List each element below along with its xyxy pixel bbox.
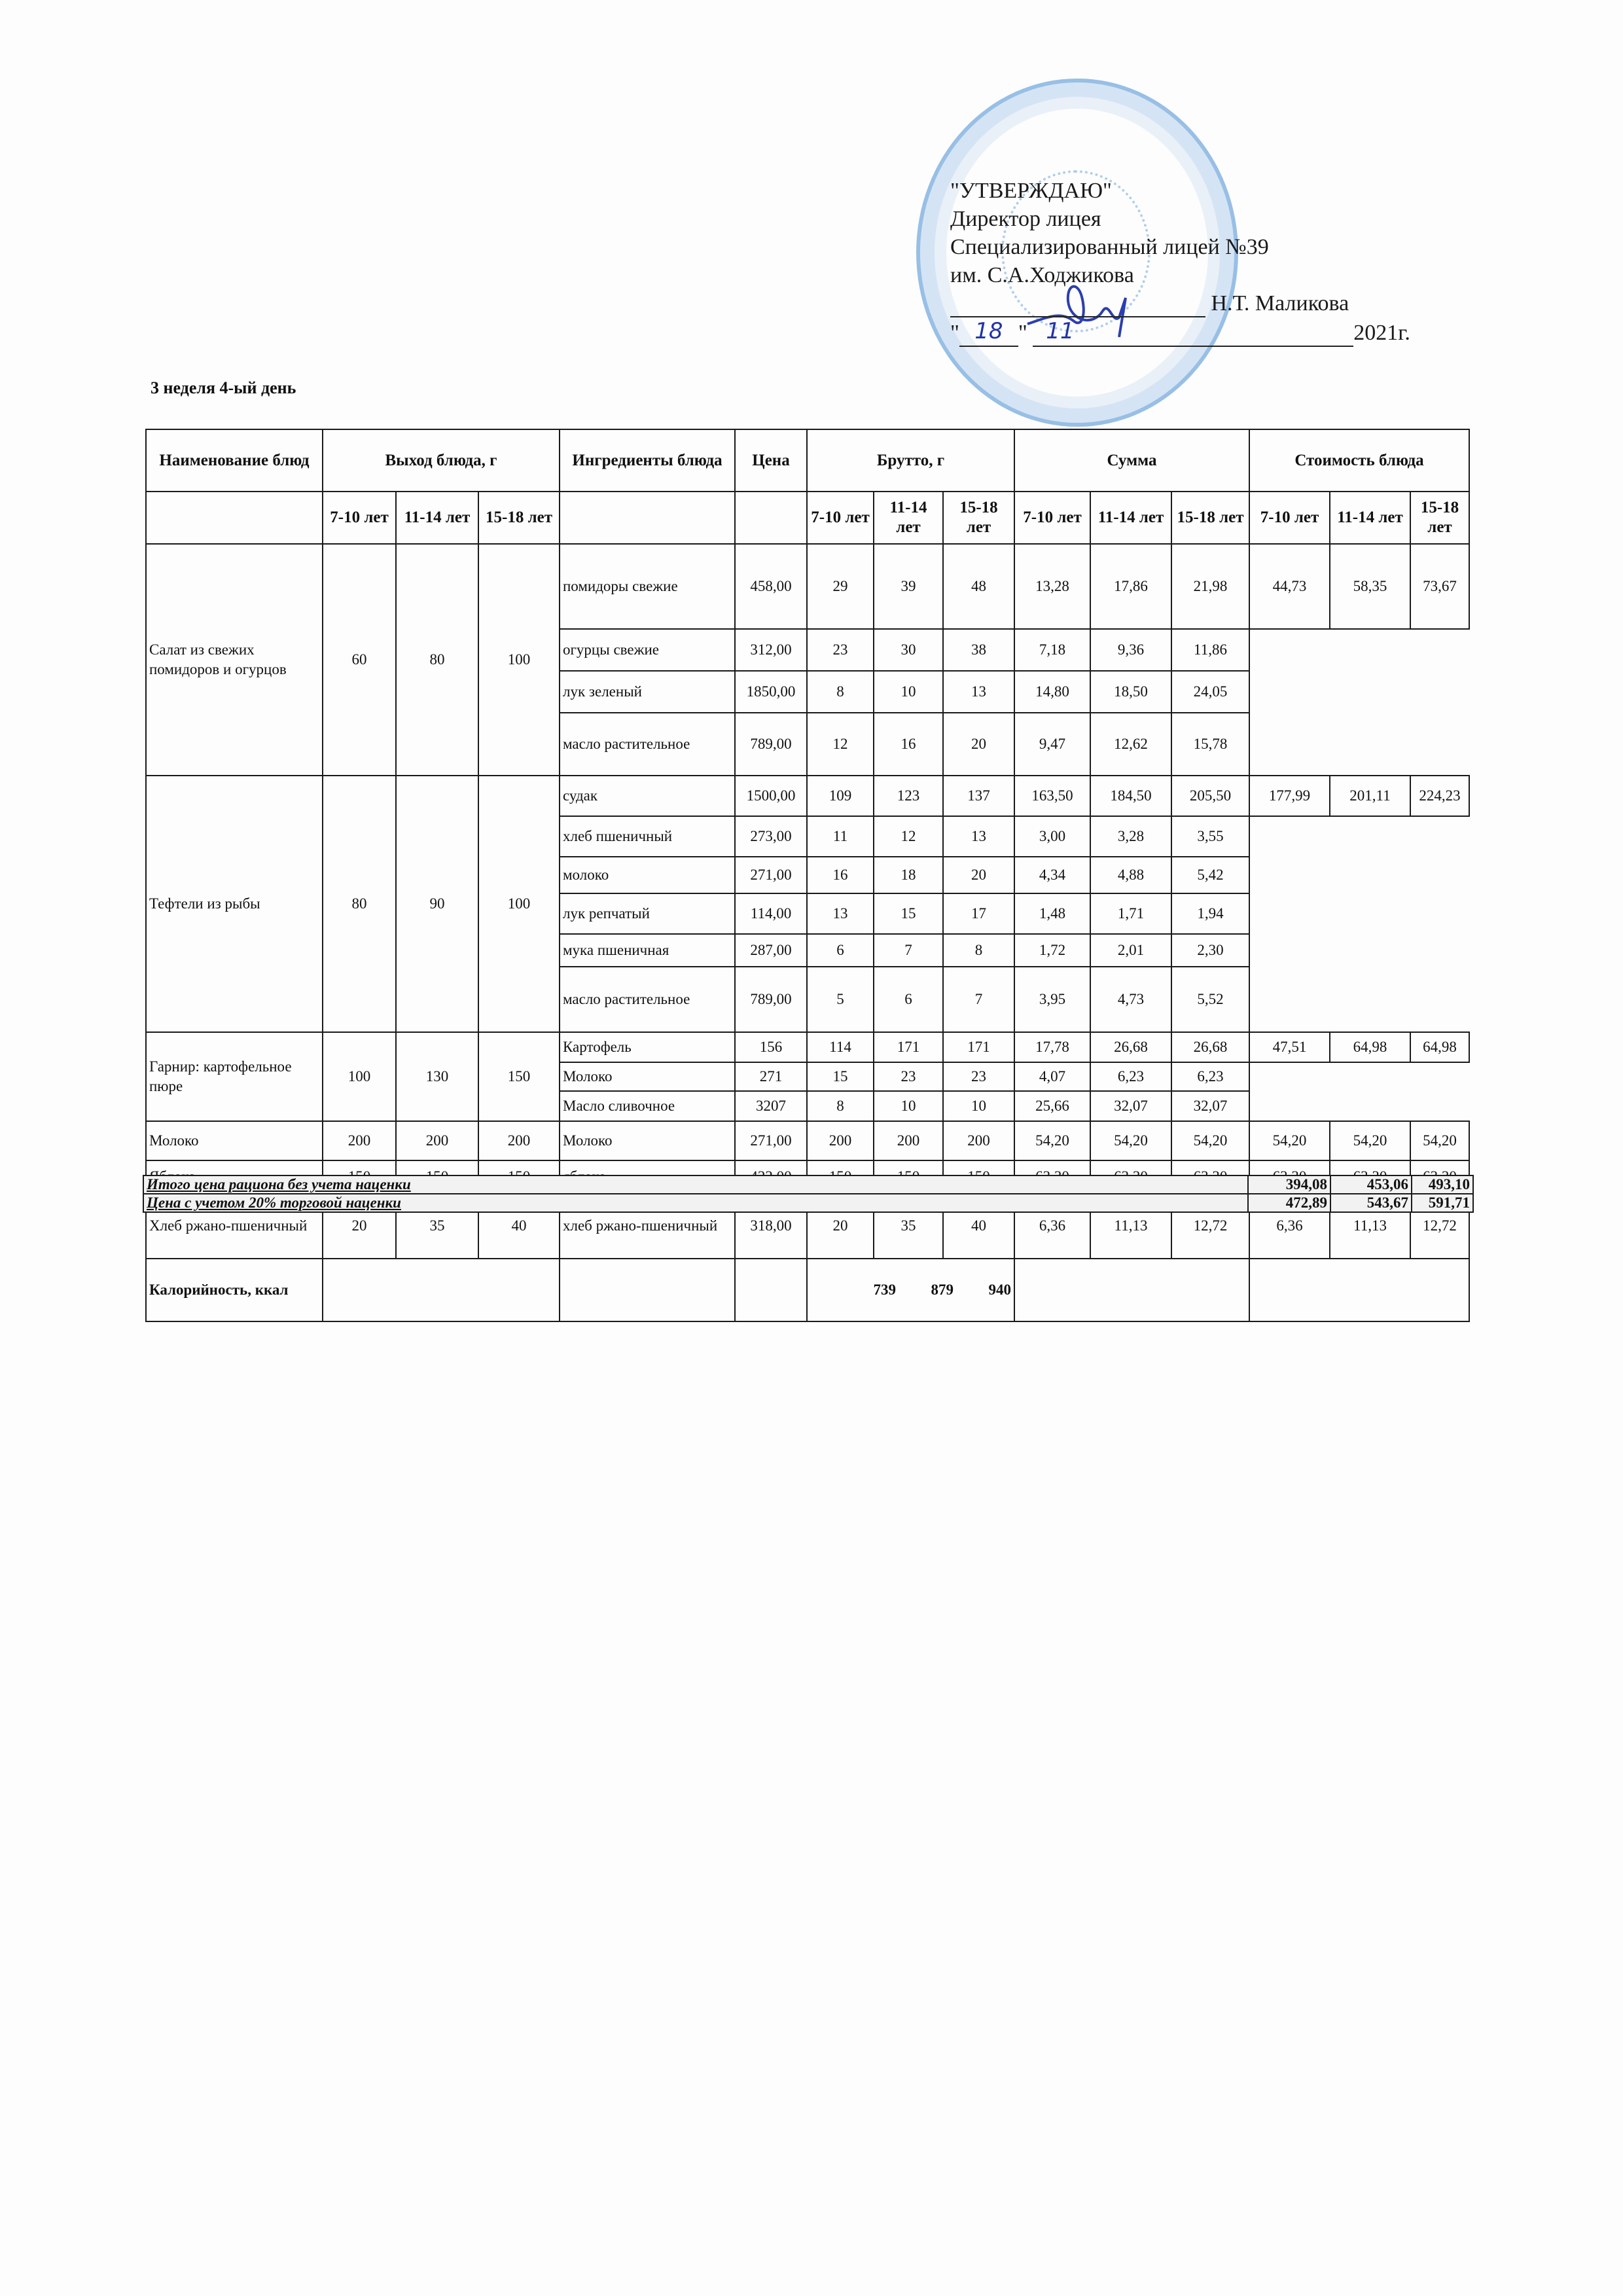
dish-cost-7-10: 47,51 (1249, 1032, 1330, 1062)
table-row: Тефтели из рыбы8090100судак1500,00109123… (146, 776, 1469, 816)
dish-name: Гарнир: картофельное пюре (146, 1032, 323, 1121)
ingredient-price: 114,00 (735, 893, 807, 934)
approval-named: им. С.А.Ходжикова (950, 261, 1410, 289)
brutto-11-14: 171 (874, 1032, 943, 1062)
dish-cost-7-10: 44,73 (1249, 544, 1330, 629)
brutto-7-10: 200 (807, 1121, 874, 1160)
sum-15-18: 3,55 (1171, 816, 1249, 857)
sum-7-10: 7,18 (1014, 629, 1090, 671)
dish-cost-15-18: 54,20 (1410, 1121, 1469, 1160)
dish-yield-11-14: 200 (396, 1121, 478, 1160)
sum-7-10: 13,28 (1014, 544, 1090, 629)
dish-yield-15-18: 100 (478, 544, 560, 776)
sum-age-7-10: 7-10 лет (1014, 492, 1090, 544)
brutto-age-7-10: 7-10 лет (807, 492, 874, 544)
sum-15-18: 24,05 (1171, 671, 1249, 713)
header-sum: Сумма (1014, 429, 1249, 492)
approval-signatory: Н.Т. Маликова (1211, 291, 1349, 315)
total-15-18: 493,10 (1412, 1175, 1473, 1194)
brutto-age-11-14: 11-14 лет (874, 492, 943, 544)
sum-7-10: 1,48 (1014, 893, 1090, 934)
sum-15-18: 26,68 (1171, 1032, 1249, 1062)
dish-yield-11-14: 80 (396, 544, 478, 776)
brutto-15-18: 23 (943, 1062, 1014, 1091)
ingredient-name: масло растительное (560, 713, 735, 776)
dish-yield-7-10: 100 (323, 1032, 396, 1121)
yield-age-15-18: 15-18 лет (478, 492, 560, 544)
sum-15-18: 5,42 (1171, 857, 1249, 893)
dish-cost-11-14: 201,11 (1330, 776, 1410, 816)
approval-org: Специализированный лицей №39 (950, 233, 1410, 261)
total-markup-label: Цена с учетом 20% торговой наценки (143, 1194, 1248, 1212)
ingredient-name: лук зеленый (560, 671, 735, 713)
totals-table: Итого цена рациона без учета наценки 394… (143, 1175, 1474, 1213)
approval-signatory-line: Н.Т. Маликова (950, 289, 1410, 317)
ingredient-price: 458,00 (735, 544, 807, 629)
dish-cost-7-10: 177,99 (1249, 776, 1330, 816)
signature-line (950, 296, 1205, 317)
sum-11-14: 12,62 (1090, 713, 1171, 776)
header-dish: Наименование блюд (146, 429, 323, 492)
brutto-7-10: 15 (807, 1062, 874, 1091)
brutto-7-10: 13 (807, 893, 874, 934)
brutto-7-10: 5 (807, 967, 874, 1032)
brutto-11-14: 7 (874, 934, 943, 967)
sum-7-10: 17,78 (1014, 1032, 1090, 1062)
table-row: Салат из свежих помидоров и огурцов60801… (146, 544, 1469, 629)
total-row: Итого цена рациона без учета наценки 394… (143, 1175, 1473, 1194)
sum-11-14: 26,68 (1090, 1032, 1171, 1062)
ingredient-name: огурцы свежие (560, 629, 735, 671)
brutto-15-18: 10 (943, 1091, 1014, 1121)
brutto-11-14: 123 (874, 776, 943, 816)
day-title: 3 неделя 4-ый день (151, 378, 296, 398)
sum-15-18: 32,07 (1171, 1091, 1249, 1121)
calories-empty-sum (1014, 1259, 1249, 1321)
dish-cost-11-14: 58,35 (1330, 544, 1410, 629)
header-price: Цена (735, 429, 807, 492)
header-ingredients: Ингредиенты блюда (560, 429, 735, 492)
calories-row: Калорийность, ккал739879940 (146, 1259, 1469, 1321)
brutto-15-18: 200 (943, 1121, 1014, 1160)
calories-empty-yield (323, 1259, 560, 1321)
brutto-7-10: 16 (807, 857, 874, 893)
brutto-11-14: 30 (874, 629, 943, 671)
brutto-11-14: 6 (874, 967, 943, 1032)
yield-age-7-10: 7-10 лет (323, 492, 396, 544)
brutto-15-18: 20 (943, 857, 1014, 893)
cost-age-7-10: 7-10 лет (1249, 492, 1330, 544)
ingredient-name: Молоко (560, 1062, 735, 1091)
ingredient-price: 273,00 (735, 816, 807, 857)
brutto-7-10: 8 (807, 1091, 874, 1121)
approval-position: Директор лицея (950, 205, 1410, 233)
brutto-7-10: 11 (807, 816, 874, 857)
ingredient-price: 287,00 (735, 934, 807, 967)
document-page: "УТВЕРЖДАЮ" Директор лицея Специализиров… (0, 0, 1623, 2296)
brutto-15-18: 137 (943, 776, 1014, 816)
sum-7-10: 25,66 (1014, 1091, 1090, 1121)
sum-7-10: 1,72 (1014, 934, 1090, 967)
dish-cost-15-18: 73,67 (1410, 544, 1469, 629)
brutto-15-18: 13 (943, 671, 1014, 713)
sum-15-18: 21,98 (1171, 544, 1249, 629)
approval-date-line: "18" 112021г. (950, 317, 1410, 347)
ingredient-price: 1850,00 (735, 671, 807, 713)
ingredient-name: Масло сливочное (560, 1091, 735, 1121)
sum-15-18: 15,78 (1171, 713, 1249, 776)
dish-cost-15-18: 224,23 (1410, 776, 1469, 816)
date-day: 18 (959, 317, 1018, 347)
sum-11-14: 6,23 (1090, 1062, 1171, 1091)
ingredient-name: судак (560, 776, 735, 816)
sum-15-18: 5,52 (1171, 967, 1249, 1032)
calories-empty-price (735, 1259, 807, 1321)
sum-15-18: 54,20 (1171, 1121, 1249, 1160)
sum-15-18: 2,30 (1171, 934, 1249, 967)
ingredient-name: Молоко (560, 1121, 735, 1160)
header-brutto: Брутто, г (807, 429, 1014, 492)
brutto-11-14: 10 (874, 671, 943, 713)
sum-11-14: 1,71 (1090, 893, 1171, 934)
dish-cost-15-18: 64,98 (1410, 1032, 1469, 1062)
brutto-15-18: 13 (943, 816, 1014, 857)
sum-11-14: 2,01 (1090, 934, 1171, 967)
sum-age-15-18: 15-18 лет (1171, 492, 1249, 544)
cost-empty (1249, 629, 1469, 776)
brutto-11-14: 12 (874, 816, 943, 857)
header-yield: Выход блюда, г (323, 429, 560, 492)
sum-7-10: 3,95 (1014, 967, 1090, 1032)
total-markup-15-18: 591,71 (1412, 1194, 1473, 1212)
ingredient-price: 271,00 (735, 857, 807, 893)
ingredient-price: 789,00 (735, 967, 807, 1032)
cost-empty (1249, 816, 1469, 1032)
ingredient-price: 156 (735, 1032, 807, 1062)
sum-11-14: 3,28 (1090, 816, 1171, 857)
cost-age-15-18: 15-18 лет (1410, 492, 1469, 544)
sum-7-10: 14,80 (1014, 671, 1090, 713)
sum-15-18: 205,50 (1171, 776, 1249, 816)
sum-11-14: 4,88 (1090, 857, 1171, 893)
ingredient-name: масло растительное (560, 967, 735, 1032)
dish-yield-15-18: 150 (478, 1032, 560, 1121)
sum-7-10: 4,07 (1014, 1062, 1090, 1091)
ingredient-price: 1500,00 (735, 776, 807, 816)
cost-empty (1249, 1062, 1469, 1121)
yield-age-11-14: 11-14 лет (396, 492, 478, 544)
ingredient-price: 271,00 (735, 1121, 807, 1160)
brutto-7-10: 6 (807, 934, 874, 967)
ingredient-name: помидоры свежие (560, 544, 735, 629)
total-markup-7-10: 472,89 (1248, 1194, 1330, 1212)
dish-yield-11-14: 130 (396, 1032, 478, 1121)
brutto-7-10: 12 (807, 713, 874, 776)
sum-11-14: 4,73 (1090, 967, 1171, 1032)
ingredient-name: хлеб пшеничный (560, 816, 735, 857)
calories-empty-cost (1249, 1259, 1469, 1321)
brutto-11-14: 15 (874, 893, 943, 934)
total-markup-11-14: 543,67 (1330, 1194, 1412, 1212)
total-11-14: 453,06 (1330, 1175, 1412, 1194)
brutto-11-14: 23 (874, 1062, 943, 1091)
ingredient-name: Картофель (560, 1032, 735, 1062)
calories-value: 879 (896, 1280, 954, 1300)
brutto-15-18: 20 (943, 713, 1014, 776)
sum-7-10: 4,34 (1014, 857, 1090, 893)
brutto-15-18: 171 (943, 1032, 1014, 1062)
brutto-7-10: 109 (807, 776, 874, 816)
sum-15-18: 1,94 (1171, 893, 1249, 934)
table-row: Гарнир: картофельное пюре100130150Картоф… (146, 1032, 1469, 1062)
sum-11-14: 32,07 (1090, 1091, 1171, 1121)
brutto-15-18: 48 (943, 544, 1014, 629)
dish-yield-7-10: 60 (323, 544, 396, 776)
calories-label: Калорийность, ккал (146, 1259, 323, 1321)
calories-value: 739 (838, 1280, 896, 1300)
brutto-7-10: 8 (807, 671, 874, 713)
ingredient-price: 312,00 (735, 629, 807, 671)
sum-15-18: 6,23 (1171, 1062, 1249, 1091)
approval-title: "УТВЕРЖДАЮ" (950, 177, 1410, 205)
calories-empty-ingredient (560, 1259, 735, 1321)
brutto-11-14: 39 (874, 544, 943, 629)
table-row: Молоко200200200Молоко271,0020020020054,2… (146, 1121, 1469, 1160)
ingredient-price: 271 (735, 1062, 807, 1091)
dish-yield-15-18: 200 (478, 1121, 560, 1160)
ingredient-name: молоко (560, 857, 735, 893)
date-year: 2021г. (1353, 321, 1410, 345)
brutto-7-10: 29 (807, 544, 874, 629)
header-row-ages: 7-10 лет 11-14 лет 15-18 лет 7-10 лет 11… (146, 492, 1469, 544)
dish-cost-11-14: 54,20 (1330, 1121, 1410, 1160)
sum-age-11-14: 11-14 лет (1090, 492, 1171, 544)
dish-cost-7-10: 54,20 (1249, 1121, 1330, 1160)
calories-value: 940 (954, 1280, 1011, 1300)
approval-block: "УТВЕРЖДАЮ" Директор лицея Специализиров… (950, 177, 1410, 347)
brutto-15-18: 38 (943, 629, 1014, 671)
brutto-11-14: 200 (874, 1121, 943, 1160)
sum-11-14: 17,86 (1090, 544, 1171, 629)
calories-values: 739879940 (807, 1259, 1014, 1321)
dish-name: Тефтели из рыбы (146, 776, 323, 1032)
sum-7-10: 3,00 (1014, 816, 1090, 857)
sum-11-14: 9,36 (1090, 629, 1171, 671)
header-cost: Стоимость блюда (1249, 429, 1469, 492)
dish-yield-11-14: 90 (396, 776, 478, 1032)
ingredient-name: лук репчатый (560, 893, 735, 934)
brutto-age-15-18: 15-18 лет (943, 492, 1014, 544)
sum-11-14: 184,50 (1090, 776, 1171, 816)
total-7-10: 394,08 (1248, 1175, 1330, 1194)
dish-name: Молоко (146, 1121, 323, 1160)
ingredient-price: 789,00 (735, 713, 807, 776)
brutto-15-18: 8 (943, 934, 1014, 967)
brutto-11-14: 16 (874, 713, 943, 776)
dish-yield-7-10: 80 (323, 776, 396, 1032)
sum-7-10: 9,47 (1014, 713, 1090, 776)
brutto-15-18: 7 (943, 967, 1014, 1032)
dish-cost-11-14: 64,98 (1330, 1032, 1410, 1062)
dish-name: Салат из свежих помидоров и огурцов (146, 544, 323, 776)
header-row-main: Наименование блюд Выход блюда, г Ингреди… (146, 429, 1469, 492)
brutto-15-18: 17 (943, 893, 1014, 934)
brutto-11-14: 18 (874, 857, 943, 893)
total-label: Итого цена рациона без учета наценки (143, 1175, 1248, 1194)
brutto-7-10: 23 (807, 629, 874, 671)
brutto-7-10: 114 (807, 1032, 874, 1062)
date-month: 11 (1033, 317, 1353, 347)
sum-7-10: 54,20 (1014, 1121, 1090, 1160)
total-markup-row: Цена с учетом 20% торговой наценки 472,8… (143, 1194, 1473, 1212)
sum-7-10: 163,50 (1014, 776, 1090, 816)
sum-11-14: 54,20 (1090, 1121, 1171, 1160)
brutto-11-14: 10 (874, 1091, 943, 1121)
sum-15-18: 11,86 (1171, 629, 1249, 671)
sum-11-14: 18,50 (1090, 671, 1171, 713)
dish-yield-7-10: 200 (323, 1121, 396, 1160)
ingredient-price: 3207 (735, 1091, 807, 1121)
dish-yield-15-18: 100 (478, 776, 560, 1032)
cost-age-11-14: 11-14 лет (1330, 492, 1410, 544)
ingredient-name: мука пшеничная (560, 934, 735, 967)
